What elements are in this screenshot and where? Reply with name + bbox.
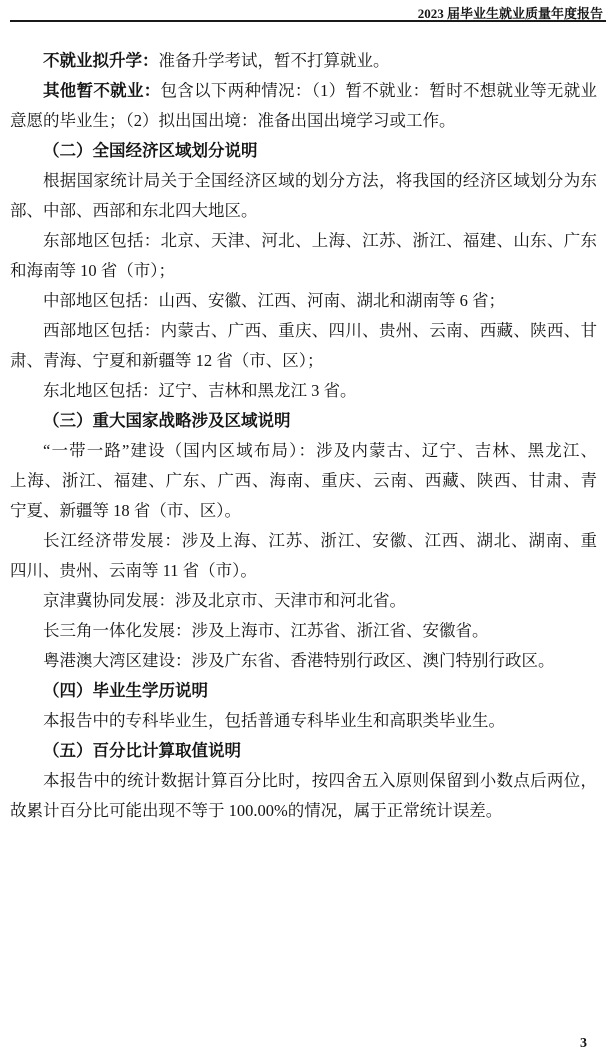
text-segment: （五）百分比计算取值说明 xyxy=(43,741,241,760)
text-line: “一带一路”建设（国内区域布局）：涉及内蒙古、辽宁、吉林、黑龙江、 xyxy=(10,436,597,466)
text-line: 长三角一体化发展：涉及上海市、江苏省、浙江省、安徽省。 xyxy=(10,616,597,646)
text-line: 中部地区包括：山西、安徽、江西、河南、湖北和湖南等 6 省； xyxy=(10,286,597,316)
text-line: 根据国家统计局关于全国经济区域的划分方法，将我国的经济区域划分为东 xyxy=(10,166,597,196)
text-line: 上海、浙江、福建、广东、广西、海南、重庆、云南、西藏、陕西、甘肃、青海、 xyxy=(10,466,597,496)
bold-term: 其他暂不就业： xyxy=(43,82,161,100)
text-segment: 上海、浙江、福建、广东、广西、海南、重庆、云南、西藏、陕西、甘肃、青海、 xyxy=(10,471,597,496)
text-segment: 长江经济带发展：涉及上海、江苏、浙江、安徽、江西、湖北、湖南、重庆、 xyxy=(10,531,597,556)
page-number: 3 xyxy=(580,1036,587,1052)
text-line: 和海南等 10 省（市）； xyxy=(10,256,597,286)
text-line: 意愿的毕业生；（2）拟出国出境：准备出国出境学习或工作。 xyxy=(10,106,597,136)
text-line: 四川、贵州、云南等 11 省（市）。 xyxy=(10,556,597,586)
text-segment: “一带一路”建设（国内区域布局）：涉及内蒙古、辽宁、吉林、黑龙江、 xyxy=(43,441,597,460)
text-segment: 准备升学考试，暂不打算就业。 xyxy=(159,51,390,70)
section-heading: （四）毕业生学历说明 xyxy=(10,676,597,706)
text-segment: 东部地区包括：北京、天津、河北、上海、江苏、浙江、福建、山东、广东 xyxy=(43,231,597,250)
text-segment: 粤港澳大湾区建设：涉及广东省、香港特别行政区、澳门特别行政区。 xyxy=(43,651,555,670)
section-heading: （二）全国经济区域划分说明 xyxy=(10,136,597,166)
text-line: 故累计百分比可能出现不等于 100.00%的情况，属于正常统计误差。 xyxy=(10,796,597,826)
text-line: 本报告中的统计数据计算百分比时，按四舍五入原则保留到小数点后两位， xyxy=(10,766,597,796)
section-heading: （五）百分比计算取值说明 xyxy=(10,736,597,766)
text-line: 本报告中的专科毕业生，包括普通专科毕业生和高职类毕业生。 xyxy=(10,706,597,736)
text-segment: 和海南等 10 省（市）； xyxy=(10,261,175,280)
text-segment: 宁夏、新疆等 18 省（市、区）。 xyxy=(10,501,241,520)
text-line: 粤港澳大湾区建设：涉及广东省、香港特别行政区、澳门特别行政区。 xyxy=(10,646,597,676)
document-body: 不就业拟升学：准备升学考试，暂不打算就业。其他暂不就业：包含以下两种情况：（1）… xyxy=(10,46,597,826)
report-page: 2023 届毕业生就业质量年度报告 不就业拟升学：准备升学考试，暂不打算就业。其… xyxy=(0,0,609,1061)
text-line: 京津冀协同发展：涉及北京市、天津市和河北省。 xyxy=(10,586,597,616)
section-heading: （三）重大国家战略涉及区域说明 xyxy=(10,406,597,436)
text-line: 部、中部、西部和东北四大地区。 xyxy=(10,196,597,226)
text-line: 东部地区包括：北京、天津、河北、上海、江苏、浙江、福建、山东、广东 xyxy=(10,226,597,256)
text-segment: （二）全国经济区域划分说明 xyxy=(43,141,258,160)
text-line: 不就业拟升学：准备升学考试，暂不打算就业。 xyxy=(10,46,597,76)
text-line: 其他暂不就业：包含以下两种情况：（1）暂不就业：暂时不想就业等无就业 xyxy=(10,76,597,106)
text-segment: 根据国家统计局关于全国经济区域的划分方法，将我国的经济区域划分为东 xyxy=(43,171,597,190)
text-segment: 四川、贵州、云南等 11 省（市）。 xyxy=(10,561,257,580)
text-line: 宁夏、新疆等 18 省（市、区）。 xyxy=(10,496,597,526)
bold-term: 不就业拟升学： xyxy=(43,52,159,70)
text-line: 东北地区包括：辽宁、吉林和黑龙江 3 省。 xyxy=(10,376,597,406)
text-segment: 意愿的毕业生；（2）拟出国出境：准备出国出境学习或工作。 xyxy=(10,111,456,130)
text-segment: （三）重大国家战略涉及区域说明 xyxy=(43,411,291,430)
text-segment: 包含以下两种情况：（1）暂不就业：暂时不想就业等无就业 xyxy=(161,81,597,100)
text-segment: 西部地区包括：内蒙古、广西、重庆、四川、贵州、云南、西藏、陕西、甘 xyxy=(43,321,597,340)
text-segment: 本报告中的专科毕业生，包括普通专科毕业生和高职类毕业生。 xyxy=(43,711,505,730)
text-segment: 故累计百分比可能出现不等于 100.00%的情况，属于正常统计误差。 xyxy=(10,801,502,820)
text-segment: 东北地区包括：辽宁、吉林和黑龙江 3 省。 xyxy=(43,381,357,400)
text-segment: 中部地区包括：山西、安徽、江西、河南、湖北和湖南等 6 省； xyxy=(43,291,505,310)
text-segment: （四）毕业生学历说明 xyxy=(43,681,208,700)
text-segment: 京津冀协同发展：涉及北京市、天津市和河北省。 xyxy=(43,591,406,610)
text-line: 西部地区包括：内蒙古、广西、重庆、四川、贵州、云南、西藏、陕西、甘 xyxy=(10,316,597,346)
text-segment: 长三角一体化发展：涉及上海市、江苏省、浙江省、安徽省。 xyxy=(43,621,489,640)
text-segment: 本报告中的统计数据计算百分比时，按四舍五入原则保留到小数点后两位， xyxy=(43,771,597,790)
text-line: 肃、青海、宁夏和新疆等 12 省（市、区）； xyxy=(10,346,597,376)
text-line: 长江经济带发展：涉及上海、江苏、浙江、安徽、江西、湖北、湖南、重庆、 xyxy=(10,526,597,556)
text-segment: 肃、青海、宁夏和新疆等 12 省（市、区）； xyxy=(10,351,324,370)
text-segment: 部、中部、西部和东北四大地区。 xyxy=(10,201,258,220)
header-rule xyxy=(10,20,606,22)
